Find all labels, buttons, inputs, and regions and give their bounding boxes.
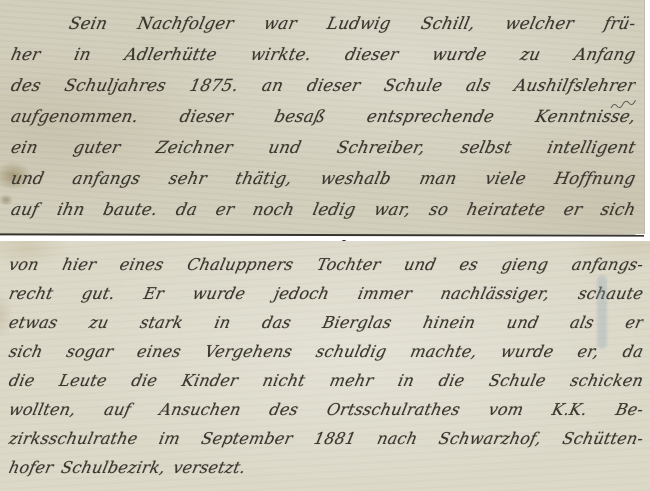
handwritten-line: auf ihn baute. da er noch ledig war, so …	[8, 193, 639, 225]
handwritten-line: her in Adlerhütte wirkte. dieser wurde z…	[8, 38, 639, 70]
handwritten-line: von hier eines Chaluppners Tochter und e…	[6, 249, 646, 279]
handwritten-line: wollten, auf Ansuchen des Ortsschulrathe…	[6, 394, 646, 424]
handwritten-line: sich sogar eines Vergehens schuldig mach…	[6, 336, 646, 366]
handwritten-line: recht gut. Er wurde jedoch immer nachläs…	[6, 278, 646, 308]
handwritten-line: die Leute die Kinder nicht mehr in die S…	[6, 365, 646, 395]
handwritten-line: ein guter Zeichner und Schreiber, selbst…	[8, 131, 639, 163]
manuscript-fragment-top: Sein Nachfolger war Ludwig Schill, welch…	[0, 0, 645, 234]
margin-correction-scribble	[610, 100, 640, 112]
handwritten-line: und anfangs sehr thätig, weshalb man vie…	[8, 162, 639, 194]
handwritten-line: zirksschulrathe im September 1881 nach S…	[6, 423, 646, 453]
blue-ink-smudge	[597, 275, 607, 349]
handwritten-text-block-top: Sein Nachfolger war Ludwig Schill, welch…	[0, 0, 644, 225]
handwritten-line: hofer Schulbezirk, versetzt.	[6, 452, 646, 482]
handwritten-text-block-bottom: von hier eines Chaluppners Tochter und e…	[0, 241, 650, 482]
manuscript-fragment-bottom: von hier eines Chaluppners Tochter und e…	[0, 241, 650, 491]
scanned-manuscript-page: Sein Nachfolger war Ludwig Schill, welch…	[0, 0, 650, 491]
scan-edge-shadow	[0, 233, 644, 236]
handwritten-line: etwas zu stark in das Bierglas hinein un…	[6, 307, 646, 337]
handwritten-line: aufgenommen. dieser besaß entsprechende …	[8, 100, 639, 132]
handwritten-line: Sein Nachfolger war Ludwig Schill, welch…	[8, 7, 639, 39]
handwritten-line: des Schuljahres 1875. an dieser Schule a…	[8, 69, 639, 101]
